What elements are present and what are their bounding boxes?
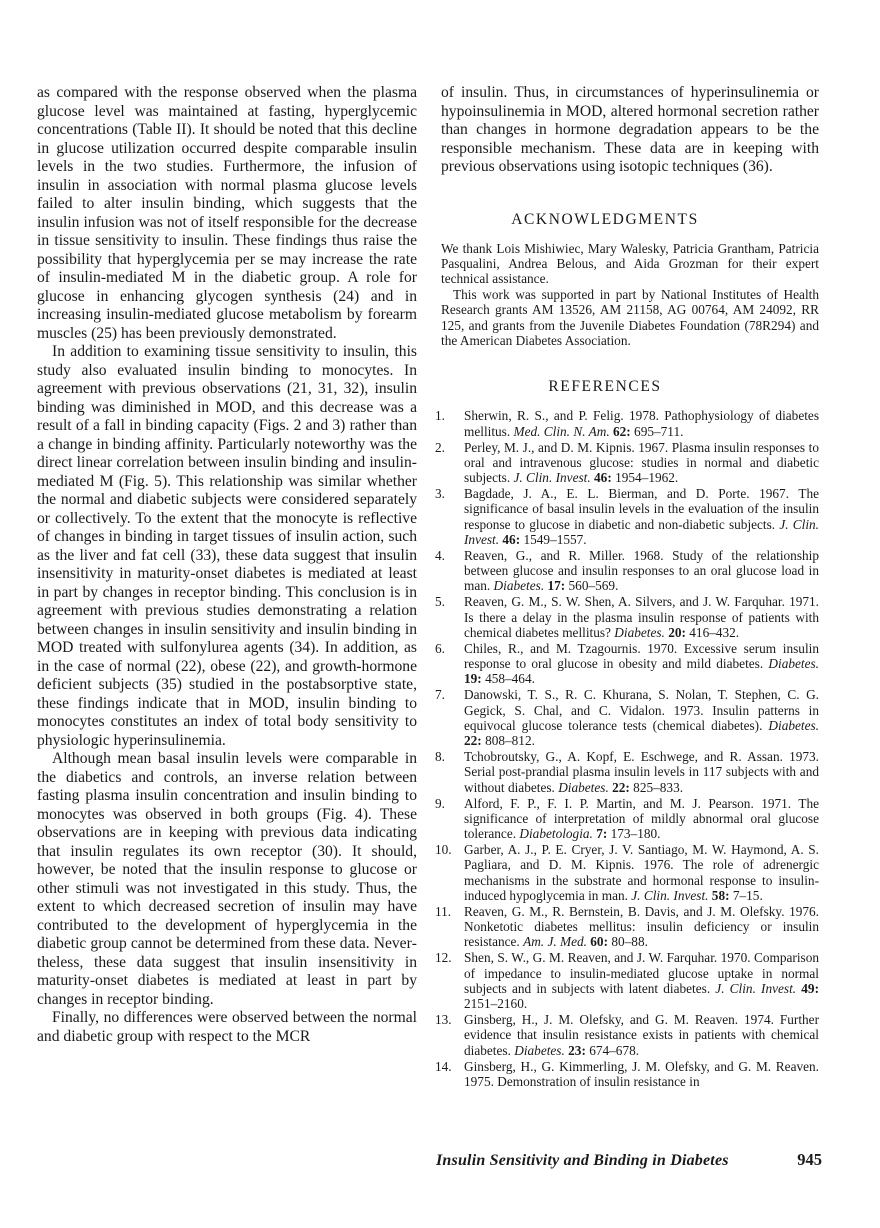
- reference-text: Danowski, T. S., R. C. Khurana, S. Nolan…: [464, 687, 819, 733]
- reference-journal: Diabetologia.: [519, 826, 593, 841]
- reference-text: Bagdade, J. A., E. L. Bierman, and D. Po…: [464, 486, 819, 532]
- reference-item: 13.Ginsberg, H., J. M. Olefsky, and G. M…: [441, 1012, 819, 1058]
- reference-item: 8.Tchobroutsky, G., A. Kopf, E. Eschwege…: [441, 749, 819, 795]
- right-column: of insulin. Thus, in circumstances of hy…: [441, 84, 819, 1090]
- reference-journal: Diabetes.: [514, 1043, 565, 1058]
- journal-page: as compared with the response observed w…: [0, 0, 880, 1228]
- reference-volume: 20:: [668, 625, 686, 640]
- reference-list: 1.Sherwin, R. S., and P. Felig. 1978. Pa…: [441, 408, 819, 1089]
- page-footer: Insulin Sensitivity and Binding in Diabe…: [436, 1150, 826, 1170]
- reference-number: 12.: [435, 950, 459, 965]
- reference-number: 9.: [435, 796, 459, 811]
- reference-journal: Diabetes.: [768, 718, 819, 733]
- running-title: Insulin Sensitivity and Binding in Diabe…: [436, 1152, 729, 1170]
- reference-pages: 808–812.: [485, 733, 535, 748]
- body-paragraph-2: In addition to examining tissue sensitiv…: [37, 343, 417, 750]
- reference-number: 11.: [435, 904, 459, 919]
- reference-number: 7.: [435, 687, 459, 702]
- body-paragraph-continuation: of insulin. Thus, in circumstances of hy…: [441, 84, 819, 177]
- acknowledgments-paragraph-1: We thank Lois Mishiwiec, Mary Walesky, P…: [441, 241, 819, 287]
- body-paragraph-1: as compared with the response observed w…: [37, 84, 417, 343]
- reference-number: 5.: [435, 594, 459, 609]
- reference-volume: 23:: [568, 1043, 586, 1058]
- reference-number: 4.: [435, 548, 459, 563]
- reference-pages: 80–88.: [611, 934, 648, 949]
- reference-pages: 825–833.: [633, 780, 683, 795]
- reference-pages: 2151–2160.: [464, 996, 527, 1011]
- reference-volume: 22:: [612, 780, 630, 795]
- reference-number: 13.: [435, 1012, 459, 1027]
- reference-number: 2.: [435, 440, 459, 455]
- reference-journal: Diabetes.: [558, 780, 609, 795]
- reference-number: 14.: [435, 1059, 459, 1074]
- reference-journal: J. Clin. Invest.: [631, 888, 708, 903]
- reference-journal: Med. Clin. N. Am.: [514, 424, 610, 439]
- reference-pages: 173–180.: [611, 826, 661, 841]
- reference-item: 1.Sherwin, R. S., and P. Felig. 1978. Pa…: [441, 408, 819, 439]
- reference-journal: Am. J. Med.: [523, 934, 587, 949]
- reference-item: 11.Reaven, G. M., R. Bernstein, B. Davis…: [441, 904, 819, 950]
- reference-item: 10.Garber, A. J., P. E. Cryer, J. V. San…: [441, 842, 819, 903]
- reference-volume: 19:: [464, 671, 482, 686]
- reference-text: Ginsberg, H., G. Kimmerling, J. M. Olefs…: [464, 1059, 819, 1089]
- reference-item: 9.Alford, F. P., F. I. P. Martin, and M.…: [441, 796, 819, 842]
- acknowledgments-paragraph-2: This work was supported in part by Natio…: [441, 287, 819, 349]
- reference-number: 1.: [435, 408, 459, 423]
- reference-pages: 416–432.: [689, 625, 739, 640]
- reference-pages: 1549–1557.: [523, 532, 586, 547]
- reference-journal: J. Clin. Invest.: [514, 470, 591, 485]
- reference-item: 14.Ginsberg, H., G. Kimmerling, J. M. Ol…: [441, 1059, 819, 1090]
- reference-pages: 1954–1962.: [615, 470, 678, 485]
- reference-item: 2.Perley, M. J., and D. M. Kipnis. 1967.…: [441, 440, 819, 486]
- reference-item: 12.Shen, S. W., G. M. Reaven, and J. W. …: [441, 950, 819, 1011]
- reference-volume: 58:: [712, 888, 730, 903]
- reference-item: 5.Reaven, G. M., S. W. Shen, A. Silvers,…: [441, 594, 819, 640]
- reference-pages: 674–678.: [589, 1043, 639, 1058]
- reference-volume: 22:: [464, 733, 482, 748]
- reference-number: 10.: [435, 842, 459, 857]
- reference-volume: 60:: [590, 934, 608, 949]
- reference-text: Chiles, R., and M. Tzagournis. 1970. Exc…: [464, 641, 819, 671]
- reference-item: 6.Chiles, R., and M. Tzagournis. 1970. E…: [441, 641, 819, 687]
- page-number: 945: [797, 1150, 822, 1170]
- reference-volume: 46:: [594, 470, 612, 485]
- reference-number: 3.: [435, 486, 459, 501]
- reference-volume: 17:: [547, 578, 565, 593]
- reference-item: 7.Danowski, T. S., R. C. Khurana, S. Nol…: [441, 687, 819, 748]
- reference-volume: 7:: [596, 826, 607, 841]
- acknowledgments-heading: ACKNOWLEDGMENTS: [441, 211, 819, 229]
- reference-volume: 46:: [502, 532, 520, 547]
- reference-number: 6.: [435, 641, 459, 656]
- reference-volume: 49:: [801, 981, 819, 996]
- reference-pages: 458–464.: [485, 671, 535, 686]
- reference-item: 3.Bagdade, J. A., E. L. Bierman, and D. …: [441, 486, 819, 547]
- reference-volume: 62:: [613, 424, 631, 439]
- reference-pages: 560–569.: [569, 578, 619, 593]
- reference-item: 4.Reaven, G., and R. Miller. 1968. Study…: [441, 548, 819, 594]
- body-paragraph-4: Finally, no differences were observed be…: [37, 1009, 417, 1046]
- reference-number: 8.: [435, 749, 459, 764]
- references-heading: REFERENCES: [441, 378, 819, 396]
- reference-journal: Diabetes.: [614, 625, 665, 640]
- body-paragraph-3: Although mean basal insulin levels were …: [37, 750, 417, 1009]
- reference-journal: J. Clin. Invest.: [715, 981, 796, 996]
- reference-journal: Diabetes.: [768, 656, 819, 671]
- reference-pages: 695–711.: [634, 424, 683, 439]
- left-column: as compared with the response observed w…: [37, 84, 417, 1046]
- reference-journal: Diabetes.: [494, 578, 545, 593]
- reference-pages: 7–15.: [733, 888, 763, 903]
